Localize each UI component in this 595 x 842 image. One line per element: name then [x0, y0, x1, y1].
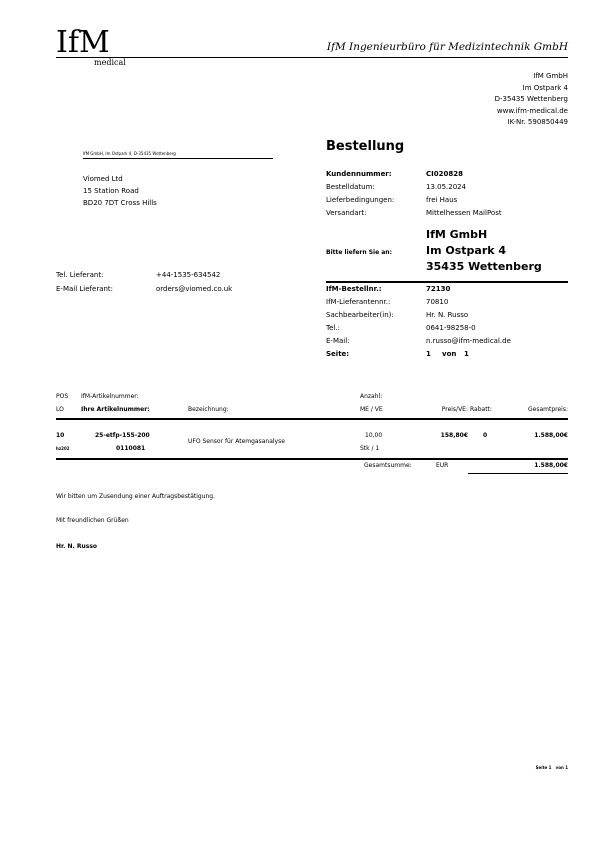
sum-label: Gesamtsumme: — [364, 462, 412, 470]
detail-value: 0641-98258-0 — [426, 322, 476, 335]
detail-phone: Tel.: 0641-98258-0 — [326, 322, 511, 335]
address-line: D-35435 Wettenberg — [368, 94, 568, 106]
recipient-address: Viomed Ltd 15 Station Road BD20 7DT Cros… — [83, 173, 157, 209]
deliver-to-line: 35435 Wettenberg — [426, 259, 542, 275]
header-rule — [56, 57, 568, 58]
field-customer-number: Kundennummer: CI020828 — [326, 168, 502, 181]
field-delivery-terms: Lieferbedingungen: frei Haus — [326, 194, 502, 207]
sum-currency: EUR — [436, 462, 448, 470]
sum-underline — [468, 473, 568, 474]
ik-number: IK-Nr. 590850449 — [368, 117, 568, 129]
table-row: 10 hz202 25-etfp-155-200 0110081 UFO Sen… — [56, 432, 568, 456]
row-lo: hz202 — [56, 446, 70, 451]
deliver-to-label: Bitte liefern Sie an: — [326, 249, 392, 257]
detail-label: IfM-Lieferantennr.: — [326, 296, 426, 309]
row-quantity: 10,00 — [365, 432, 382, 440]
row-pos: 10 — [56, 432, 64, 440]
sender-line: IfM GmbH, Im Ostpark 4, D-35435 Wettenbe… — [83, 151, 176, 156]
sum-row: Gesamtsumme: EUR 1.588,00€ — [56, 462, 568, 472]
detail-label: Tel.: — [326, 322, 426, 335]
sum-value: 1.588,00€ — [534, 462, 568, 470]
row-ifm-article: 25-etfp-155-200 — [95, 432, 150, 440]
logo-sub: medical — [94, 58, 126, 67]
header-pos: POS — [56, 393, 68, 401]
greeting: Mit freundlichen Grüßen — [56, 517, 129, 525]
table-body-rule — [56, 458, 568, 460]
row-discount: 0 — [483, 432, 487, 440]
field-value: Mittelhessen MailPost — [426, 207, 502, 220]
supplier-phone-value: +44-1535-634542 — [156, 268, 220, 282]
address-line: IfM GmbH — [368, 71, 568, 83]
row-price: 158,80€ — [441, 432, 468, 440]
header-unit: ME / VE — [360, 406, 383, 414]
detail-label: E-Mail: — [326, 335, 426, 348]
row-unit: Stk / 1 — [360, 445, 379, 453]
order-fields: Kundennummer: CI020828 Bestelldatum: 13.… — [326, 168, 502, 220]
detail-page: Seite: 1 von 1 — [326, 348, 511, 361]
detail-value: 70810 — [426, 296, 448, 309]
page-of: von — [442, 348, 464, 361]
order-details: IfM-Bestellnr.: 72130 IfM-Lieferantennr.… — [326, 283, 511, 361]
table-header: POS LO IfM-Artikelnummer: Ihre Artikelnu… — [56, 393, 568, 417]
table-header-rule — [56, 418, 568, 420]
confirmation-request: Wir bitten um Zusendung einer Auftragsbe… — [56, 493, 215, 501]
logo: IfM medical — [56, 24, 126, 68]
field-value: frei Haus — [426, 194, 457, 207]
detail-label: IfM-Bestellnr.: — [326, 283, 426, 296]
detail-email: E-Mail: n.russo@ifm-medical.de — [326, 335, 511, 348]
field-label: Bestelldatum: — [326, 181, 426, 194]
footer-page-number: Seite 1 von 1 — [536, 765, 568, 770]
header-discount: Rabatt: — [470, 406, 492, 414]
recipient-line: Viomed Ltd — [83, 173, 157, 185]
detail-clerk: Sachbearbeiter(in): Hr. N. Russo — [326, 309, 511, 322]
row-description: UFO Sensor für Atemgasanalyse — [188, 438, 285, 446]
website-link[interactable]: www.ifm-medical.de — [368, 106, 568, 118]
address-line: Im Ostpark 4 — [368, 83, 568, 95]
company-address: IfM GmbH Im Ostpark 4 D-35435 Wettenberg… — [368, 71, 568, 129]
page-current: 1 — [426, 348, 442, 361]
deliver-to-line: Im Ostpark 4 — [426, 243, 542, 259]
supplier-phone-label: Tel. Lieferant: — [56, 268, 156, 282]
field-shipping: Versandart: Mittelhessen MailPost — [326, 207, 502, 220]
field-value: 13.05.2024 — [426, 181, 466, 194]
detail-order-number: IfM-Bestellnr.: 72130 — [326, 283, 511, 296]
detail-value[interactable]: n.russo@ifm-medical.de — [426, 335, 511, 348]
logo-main: IfM — [56, 28, 110, 58]
supplier-email-row: E-Mail Lieferant: orders@viomed.co.uk — [56, 282, 232, 296]
header-total: Gesamtpreis: — [528, 406, 568, 414]
signature: Hr. N. Russo — [56, 543, 97, 551]
detail-label: Sachbearbeiter(in): — [326, 309, 426, 322]
row-total: 1.588,00€ — [534, 432, 568, 440]
supplier-email-label: E-Mail Lieferant: — [56, 282, 156, 296]
detail-supplier-number: IfM-Lieferantennr.: 70810 — [326, 296, 511, 309]
recipient-line: 15 Station Road — [83, 185, 157, 197]
field-label: Lieferbedingungen: — [326, 194, 426, 207]
deliver-to-line: IfM GmbH — [426, 227, 542, 243]
field-value: CI020828 — [426, 168, 463, 181]
detail-value: Hr. N. Russo — [426, 309, 468, 322]
supplier-phone-row: Tel. Lieferant: +44-1535-634542 — [56, 268, 232, 282]
page-label: Seite: — [326, 348, 426, 361]
page-total: 1 — [464, 348, 469, 361]
header-ifm-article: IfM-Artikelnummer: — [81, 393, 139, 401]
document-title: Bestellung — [326, 139, 404, 154]
header-lo: LO — [56, 406, 64, 414]
header-quantity: Anzahl: — [360, 393, 382, 401]
field-label: Kundennummer: — [326, 168, 426, 181]
detail-value: 72130 — [426, 283, 450, 296]
field-label: Versandart: — [326, 207, 426, 220]
company-title: IfM Ingenieurbüro für Medizintechnik Gmb… — [327, 41, 568, 53]
supplier-email-value[interactable]: orders@viomed.co.uk — [156, 282, 232, 296]
row-your-article: 0110081 — [116, 445, 145, 453]
sender-rule — [83, 158, 273, 159]
recipient-line: BD20 7DT Cross Hills — [83, 197, 157, 209]
supplier-contacts: Tel. Lieferant: +44-1535-634542 E-Mail L… — [56, 268, 232, 296]
header-price: Preis/VE: — [442, 406, 468, 414]
deliver-to-address: IfM GmbH Im Ostpark 4 35435 Wettenberg — [426, 227, 542, 275]
header-your-article: Ihre Artikelnummer: — [81, 406, 150, 414]
field-order-date: Bestelldatum: 13.05.2024 — [326, 181, 502, 194]
header-description: Bezeichnung: — [188, 406, 229, 414]
